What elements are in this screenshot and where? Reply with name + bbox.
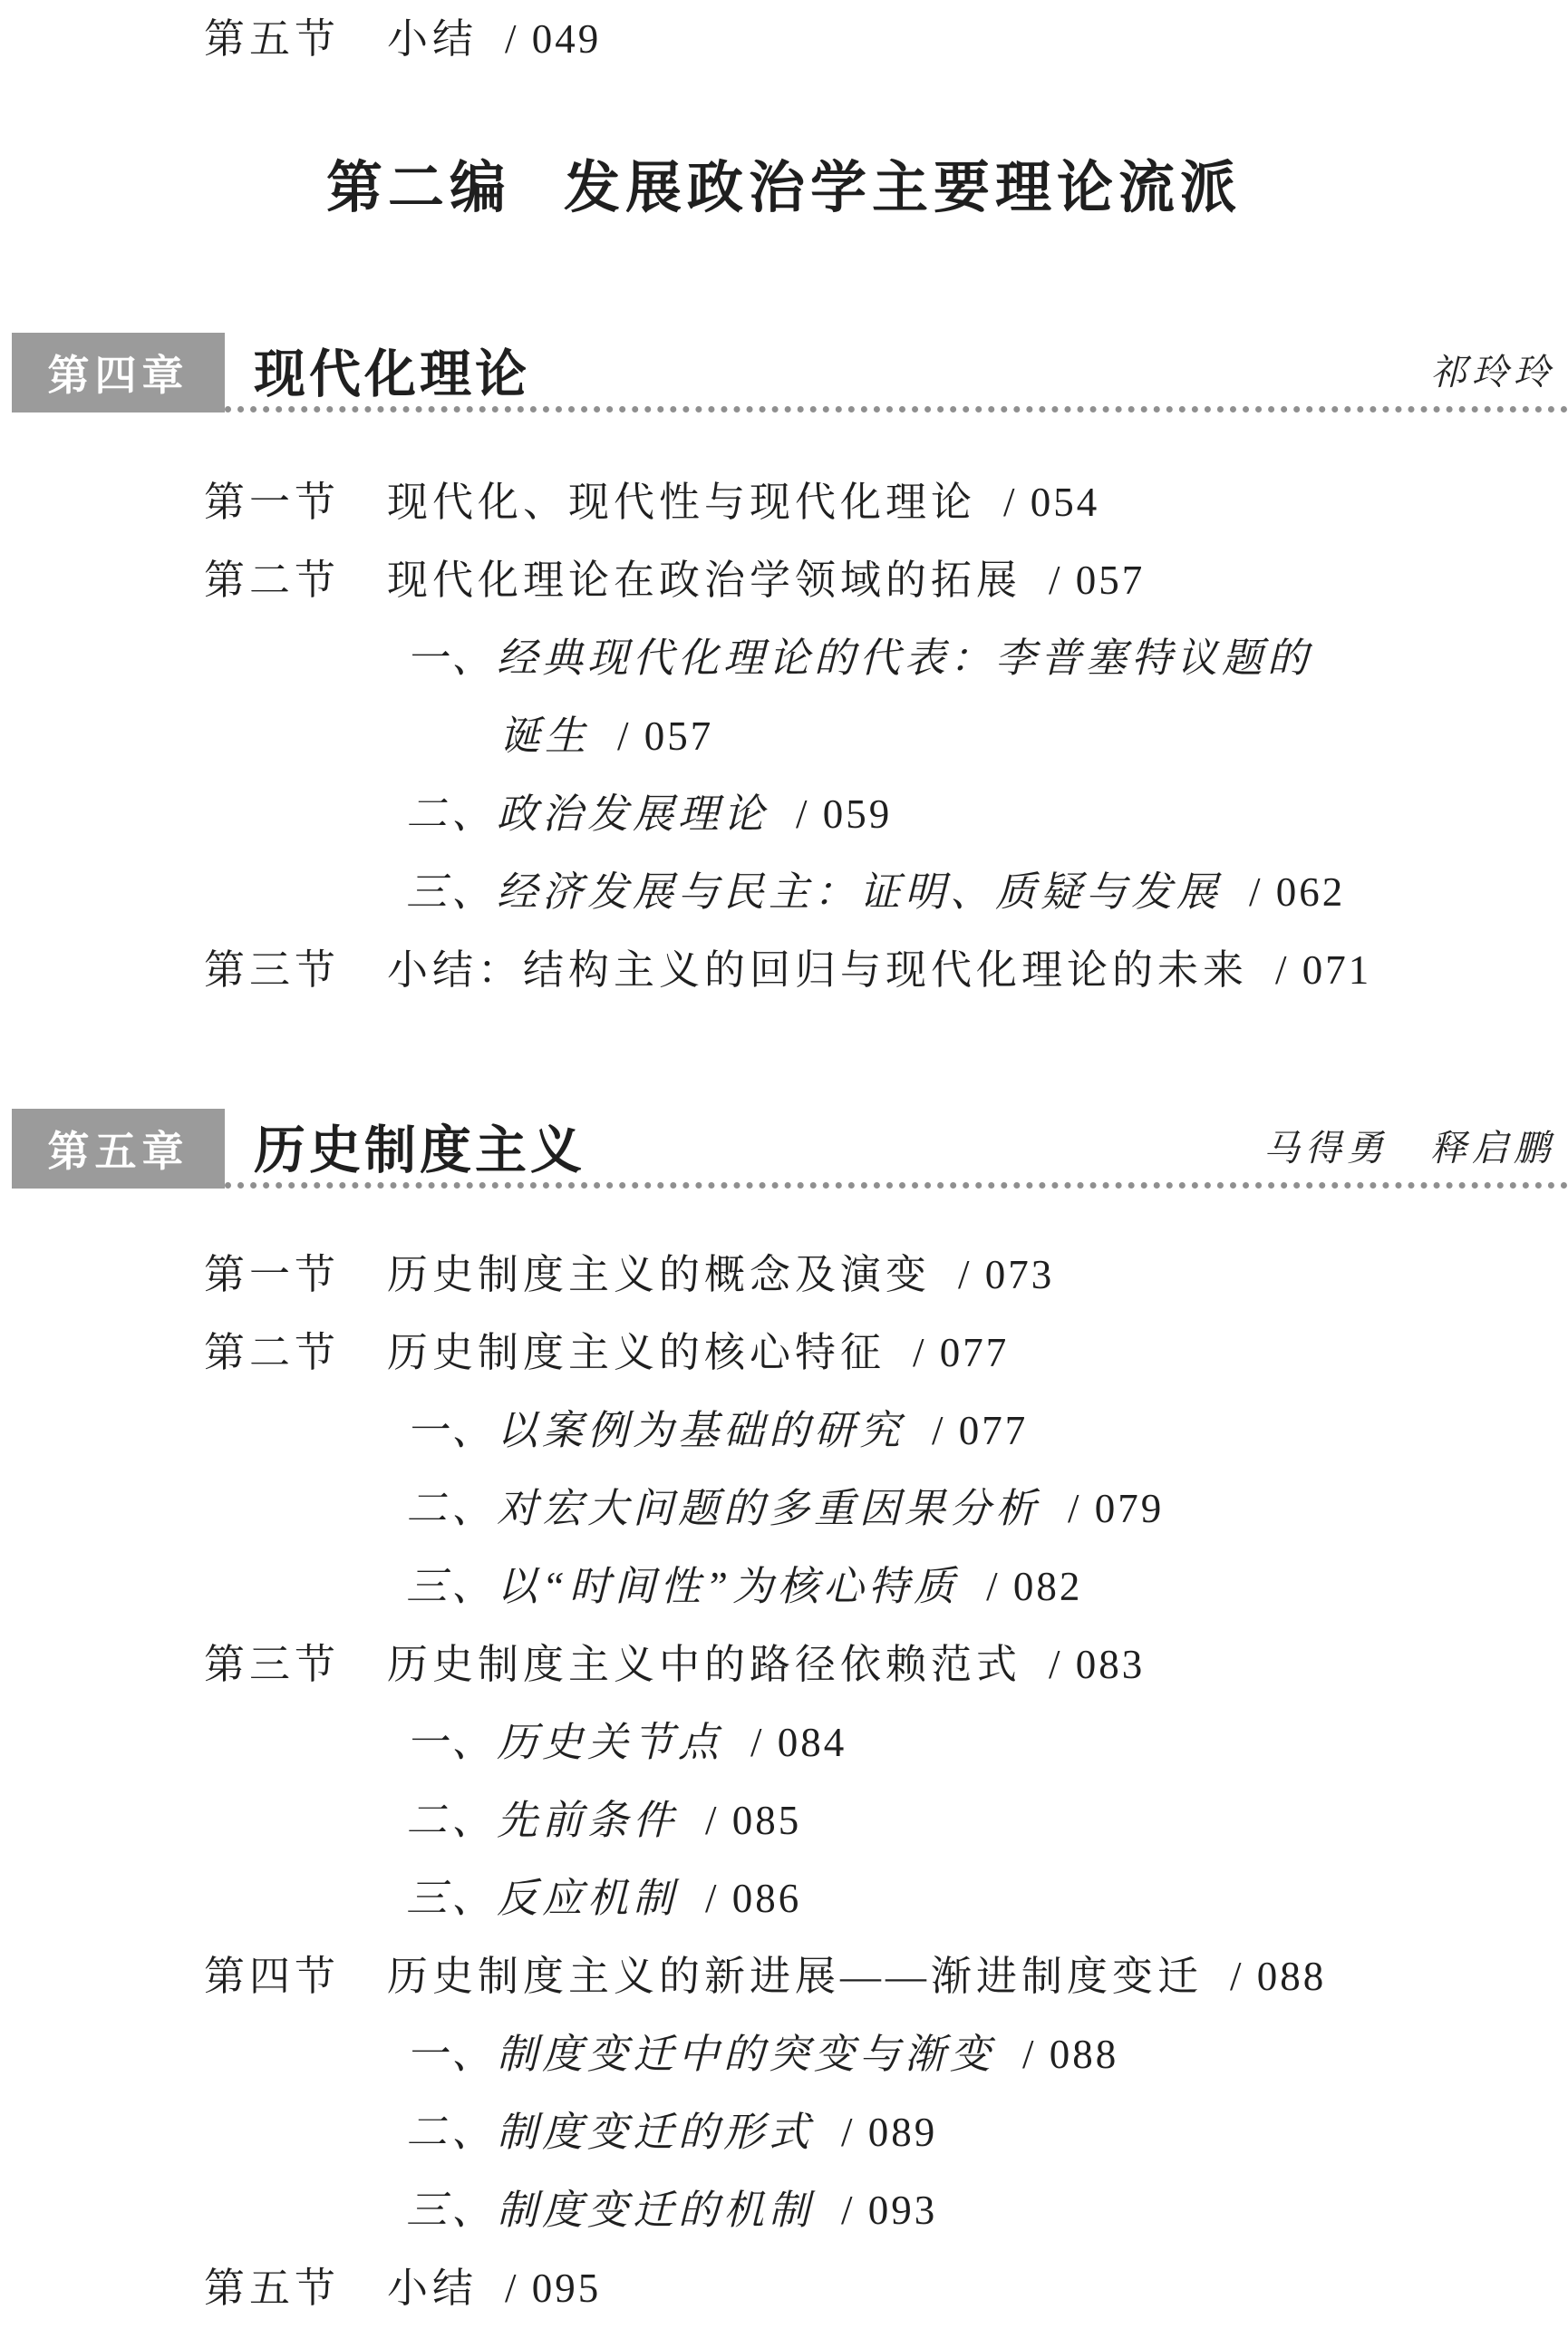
- toc-entry-title: 小结: [387, 2249, 478, 2327]
- toc-page-number: / 071: [1275, 931, 1371, 1009]
- toc-section-label: 第四节: [204, 1937, 340, 2015]
- toc-entry-title: 二、政治发展理论: [406, 775, 769, 853]
- part-title: 第二编发展政治学主要理论流派: [0, 155, 1568, 222]
- toc-entry-subsection: 一、制度变迁中的突变与渐变/ 088: [0, 2015, 1568, 2093]
- toc-entry-subsection: 二、对宏大问题的多重因果分析/ 079: [0, 1470, 1568, 1548]
- toc-section-label: 第五节: [204, 0, 340, 78]
- toc-entry-subsection: 一、以案例为基础的研究/ 077: [0, 1392, 1568, 1470]
- toc-entry-section: 第三节历史制度主义中的路径依赖范式/ 083: [0, 1625, 1568, 1703]
- chapter-title: 现代化理论: [254, 333, 530, 407]
- toc-page-number: / 083: [1049, 1625, 1145, 1703]
- toc-entry-title: 小结：结构主义的回归与现代化理论的未来: [387, 931, 1248, 1009]
- toc-page-number: / 088: [1230, 1937, 1326, 2015]
- toc-entry-subsection: 三、反应机制/ 086: [0, 1859, 1568, 1937]
- toc-page-number: / 077: [932, 1392, 1028, 1470]
- toc-page-number: / 093: [841, 2171, 937, 2249]
- toc-section-label: 第三节: [204, 931, 340, 1009]
- toc-entry-previous-chapter: 第五节 小结 / 049: [0, 0, 1568, 78]
- chapter-number-box: 第四章: [12, 333, 225, 412]
- toc-section-label: 第五节: [204, 2249, 340, 2327]
- chapter-authors: 祁玲玲: [1430, 344, 1555, 395]
- toc-page-number: / 073: [958, 1236, 1054, 1314]
- toc-page-number: / 049: [505, 0, 601, 78]
- toc-page-number: / 082: [986, 1548, 1082, 1625]
- toc-entry-title: 三、经济发展与民主：证明、质疑与发展: [406, 853, 1222, 931]
- toc-section-label: 第二节: [204, 1314, 340, 1392]
- chapter-authors: 马得勇 释启鹏: [1263, 1120, 1555, 1171]
- toc-entry-title: 二、对宏大问题的多重因果分析: [406, 1470, 1040, 1548]
- toc-entry-title: 诞生: [499, 697, 590, 775]
- toc-entry-subsection: 二、先前条件/ 085: [0, 1781, 1568, 1859]
- toc-page-number: / 085: [705, 1781, 801, 1859]
- chapter-header: 第四章 现代化理论 祁玲玲: [0, 333, 1568, 412]
- toc-section-label: 第三节: [204, 1625, 340, 1703]
- chapter-block: 第五章 历史制度主义 马得勇 释启鹏 第一节历史制度主义的概念及演变/ 073第…: [0, 1109, 1568, 2327]
- toc-entry-subsection: 一、历史关节点/ 084: [0, 1703, 1568, 1781]
- toc-page-number: / 077: [913, 1314, 1009, 1392]
- toc-page-number: / 059: [796, 775, 892, 853]
- toc-section-label: 第一节: [204, 1236, 340, 1314]
- toc-entry-section: 第一节历史制度主义的概念及演变/ 073: [0, 1236, 1568, 1314]
- toc-entry-title: 二、先前条件: [406, 1781, 678, 1859]
- toc-entry-subsection: 三、经济发展与民主：证明、质疑与发展/ 062: [0, 853, 1568, 931]
- toc-entry-title: 一、经典现代化理论的代表：李普塞特议题的: [406, 619, 1312, 697]
- toc-entry-section: 第四节历史制度主义的新进展——渐进制度变迁/ 088: [0, 1937, 1568, 2015]
- chapter-header: 第五章 历史制度主义 马得勇 释启鹏: [0, 1109, 1568, 1189]
- toc-entry-section: 第二节现代化理论在政治学领域的拓展/ 057: [0, 541, 1568, 619]
- toc-page-number: / 057: [1049, 541, 1145, 619]
- toc-entry-title: 历史制度主义中的路径依赖范式: [387, 1625, 1021, 1703]
- toc-page-number: / 095: [505, 2249, 601, 2327]
- toc-entry-title: 一、历史关节点: [406, 1703, 723, 1781]
- toc-entry-title: 三、制度变迁的机制: [406, 2171, 814, 2249]
- chapter-toc-list: 第一节现代化、现代性与现代化理论/ 054第二节现代化理论在政治学领域的拓展/ …: [0, 463, 1568, 1009]
- toc-entry-title: 二、制度变迁的形式: [406, 2093, 814, 2171]
- chapter-toc-list: 第一节历史制度主义的概念及演变/ 073第二节历史制度主义的核心特征/ 077一…: [0, 1236, 1568, 2327]
- toc-entry-title: 历史制度主义的核心特征: [387, 1314, 886, 1392]
- toc-section-label: 第一节: [204, 463, 340, 541]
- toc-page-number: / 079: [1068, 1470, 1164, 1548]
- toc-page-number: / 054: [1003, 463, 1099, 541]
- toc-entry-title: 现代化、现代性与现代化理论: [387, 463, 976, 541]
- chapter-header-rule: 历史制度主义 马得勇 释启鹏: [225, 1109, 1568, 1189]
- toc-entry-subsection: 二、政治发展理论/ 059: [0, 775, 1568, 853]
- toc-entry-continuation: 诞生/ 057: [0, 697, 1568, 775]
- toc-entry-title: 三、反应机制: [406, 1859, 678, 1937]
- toc-entry-title: 三、以“时间性”为核心特质: [406, 1548, 959, 1625]
- toc-entry-title: 一、以案例为基础的研究: [406, 1392, 905, 1470]
- chapter-number-box: 第五章: [12, 1109, 225, 1189]
- toc-entry-section: 第五节小结/ 095: [0, 2249, 1568, 2327]
- part-name: 发展政治学主要理论流派: [564, 158, 1242, 219]
- toc-page-number: / 062: [1249, 853, 1345, 931]
- toc-section-title: 小结: [387, 0, 478, 78]
- toc-page-number: / 057: [617, 697, 713, 775]
- toc-entry-section: 第一节现代化、现代性与现代化理论/ 054: [0, 463, 1568, 541]
- chapter-title: 历史制度主义: [254, 1109, 586, 1183]
- toc-entry-title: 历史制度主义的概念及演变: [387, 1236, 931, 1314]
- toc-page-number: / 089: [841, 2093, 937, 2171]
- toc-page-number: / 088: [1022, 2015, 1118, 2093]
- chapters-container: 第四章 现代化理论 祁玲玲 第一节现代化、现代性与现代化理论/ 054第二节现代…: [0, 333, 1568, 2327]
- toc-entry-subsection: 二、制度变迁的形式/ 089: [0, 2093, 1568, 2171]
- chapter-block: 第四章 现代化理论 祁玲玲 第一节现代化、现代性与现代化理论/ 054第二节现代…: [0, 333, 1568, 1009]
- toc-entry-section: 第二节历史制度主义的核心特征/ 077: [0, 1314, 1568, 1392]
- toc-entry-subsection: 三、以“时间性”为核心特质/ 082: [0, 1548, 1568, 1625]
- toc-page-number: / 084: [750, 1703, 847, 1781]
- toc-section-label: 第二节: [204, 541, 340, 619]
- toc-entry-subsection: 三、制度变迁的机制/ 093: [0, 2171, 1568, 2249]
- chapter-header-rule: 现代化理论 祁玲玲: [225, 333, 1568, 412]
- toc-page: 第五节 小结 / 049 第二编发展政治学主要理论流派 第四章 现代化理论 祁玲…: [0, 0, 1568, 2329]
- toc-entry-section: 第三节小结：结构主义的回归与现代化理论的未来/ 071: [0, 931, 1568, 1009]
- toc-entry-title: 一、制度变迁中的突变与渐变: [406, 2015, 995, 2093]
- toc-entry-title: 现代化理论在政治学领域的拓展: [387, 541, 1021, 619]
- part-label: 第二编: [326, 158, 511, 219]
- toc-page-number: / 086: [705, 1859, 801, 1937]
- toc-entry-subsection: 一、经典现代化理论的代表：李普塞特议题的: [0, 619, 1568, 697]
- toc-entry-title: 历史制度主义的新进展——渐进制度变迁: [387, 1937, 1203, 2015]
